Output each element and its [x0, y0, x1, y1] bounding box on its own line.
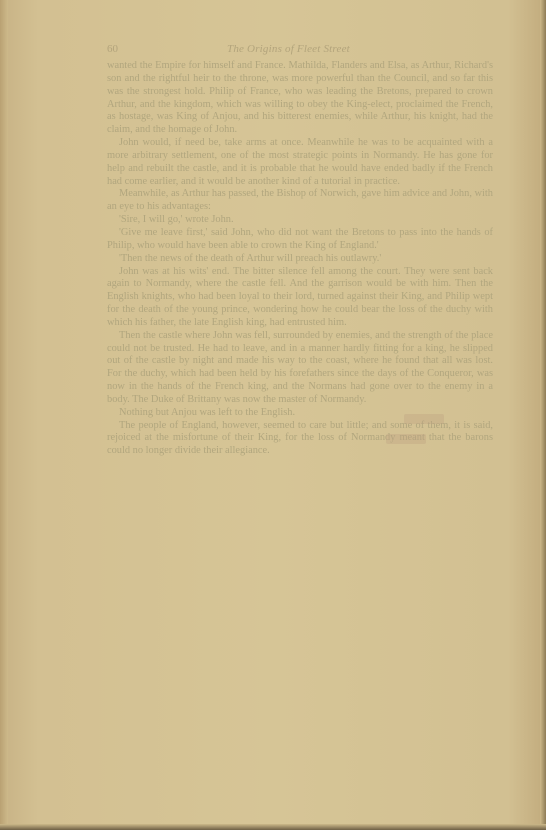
paragraph: Then the castle where John was fell, sur… [107, 330, 493, 407]
paragraph: 'Sire, I will go,' wrote John. [107, 214, 493, 227]
paper-stain [404, 414, 444, 424]
paragraph: John would, if need be, take arms at onc… [107, 137, 493, 188]
page-header: 60 The Origins of Fleet Street [107, 42, 493, 58]
paragraph: Meanwhile, as Arthur has passed, the Bis… [107, 188, 493, 214]
book-page: 60 The Origins of Fleet Street wanted th… [6, 0, 540, 826]
paragraph: The people of England, however, seemed t… [107, 420, 493, 459]
paragraph: 'Give me leave first,' said John, who di… [107, 227, 493, 253]
paragraph: John was at his wits' end. The bitter si… [107, 266, 493, 330]
page-edge-right [540, 0, 546, 830]
page-edge-bottom [0, 824, 546, 830]
body-text: wanted the Empire for himself and France… [107, 60, 493, 458]
paper-stain [386, 434, 426, 444]
page-edge-left [0, 0, 8, 830]
paragraph: wanted the Empire for himself and France… [107, 60, 493, 137]
running-head: The Origins of Fleet Street [227, 43, 350, 55]
paragraph: 'Then the news of the death of Arthur wi… [107, 253, 493, 266]
page-number: 60 [107, 43, 118, 55]
